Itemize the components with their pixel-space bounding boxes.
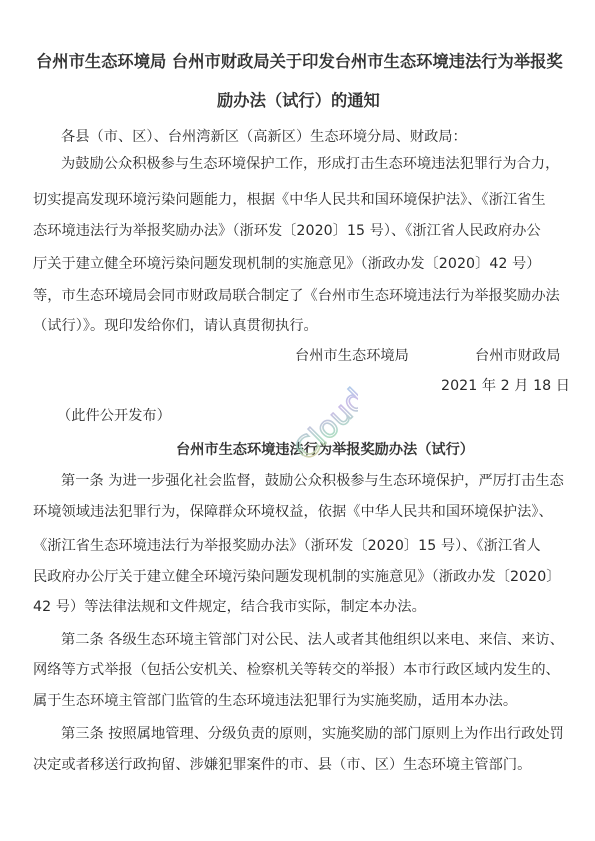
regulation-title: 台州市生态环境违法行为举报奖励办法（试行） xyxy=(176,440,474,460)
article-line: 《浙江省生态环境违法行为举报奖励办法》（浙环发〔2020〕15 号）、《浙江省人 xyxy=(33,536,541,556)
publication-note: （此件公开发布） xyxy=(57,406,171,426)
article-line: 第二条 各级生态环境主管部门对公民、法人或者其他组织以来电、来信、来访、 xyxy=(61,630,564,650)
article-line: 42 号）等法律法规和文件规定，结合我市实际，制定本办法。 xyxy=(33,597,426,617)
issue-date: 2021 年 2 月 18 日 xyxy=(441,376,570,396)
intro-line: 厅关于建立健全环境污染问题发现机制的实施意见》（浙政办发〔2020〕42 号） xyxy=(33,254,541,274)
article-line: 决定或者移送行政拘留、涉嫌犯罪案件的市、县（市、区）生态环境主管部门。 xyxy=(33,755,531,775)
intro-line: 为鼓励公众积极参与生态环境保护工作，形成打击生态环境违法犯罪行为合力， xyxy=(61,154,559,174)
document-title-line-2: 励办法（试行）的通知 xyxy=(217,90,380,112)
intro-line: 等，市生态环境局会同市财政局联合制定了《台州市生态环境违法行为举报奖励办法 xyxy=(33,286,560,306)
signatory-ecology-bureau: 台州市生态环境局 xyxy=(295,346,409,366)
article-line: 第一条 为进一步强化社会监督，鼓励公众积极参与生态环境保护，严厉打击生态 xyxy=(61,471,564,491)
salutation: 各县（市、区）、台州湾新区（高新区）生态环境分局、财政局： xyxy=(61,127,467,147)
article-line: 第三条 按照属地管理、分级负责的原则，实施奖励的部门原则上为作出行政处罚 xyxy=(61,724,564,744)
article-line: 属于生态环境主管部门监管的生态环境违法犯罪行为实施奖励，适用本办法。 xyxy=(33,691,517,711)
document-title-line-1: 台州市生态环境局 台州市财政局关于印发台州市生态环境违法行为举报奖 xyxy=(36,51,563,73)
article-line: 网络等方式举报（包括公安机关、检察机关等转交的举报）本市行政区域内发生的、 xyxy=(33,660,560,680)
intro-line: 切实提高发现环境污染问题能力，根据《中华人民共和国环境保护法》、《浙江省生 xyxy=(33,190,546,210)
intro-line: （试行）》。现印发给你们，请认真贯彻执行。 xyxy=(33,316,318,336)
signatory-finance-bureau: 台州市财政局 xyxy=(475,346,560,366)
article-line: 民政府办公厅关于建立健全环境污染问题发现机制的实施意见》（浙政办发〔2020〕 xyxy=(33,567,561,587)
article-line: 环境领域违法犯罪行为，保障群众环境权益，依据《中华人民共和国环境保护法》、 xyxy=(33,502,553,522)
intro-line: 态环境违法行为举报奖励办法》（浙环发〔2020〕15 号）、《浙江省人民政府办公 xyxy=(33,221,541,241)
